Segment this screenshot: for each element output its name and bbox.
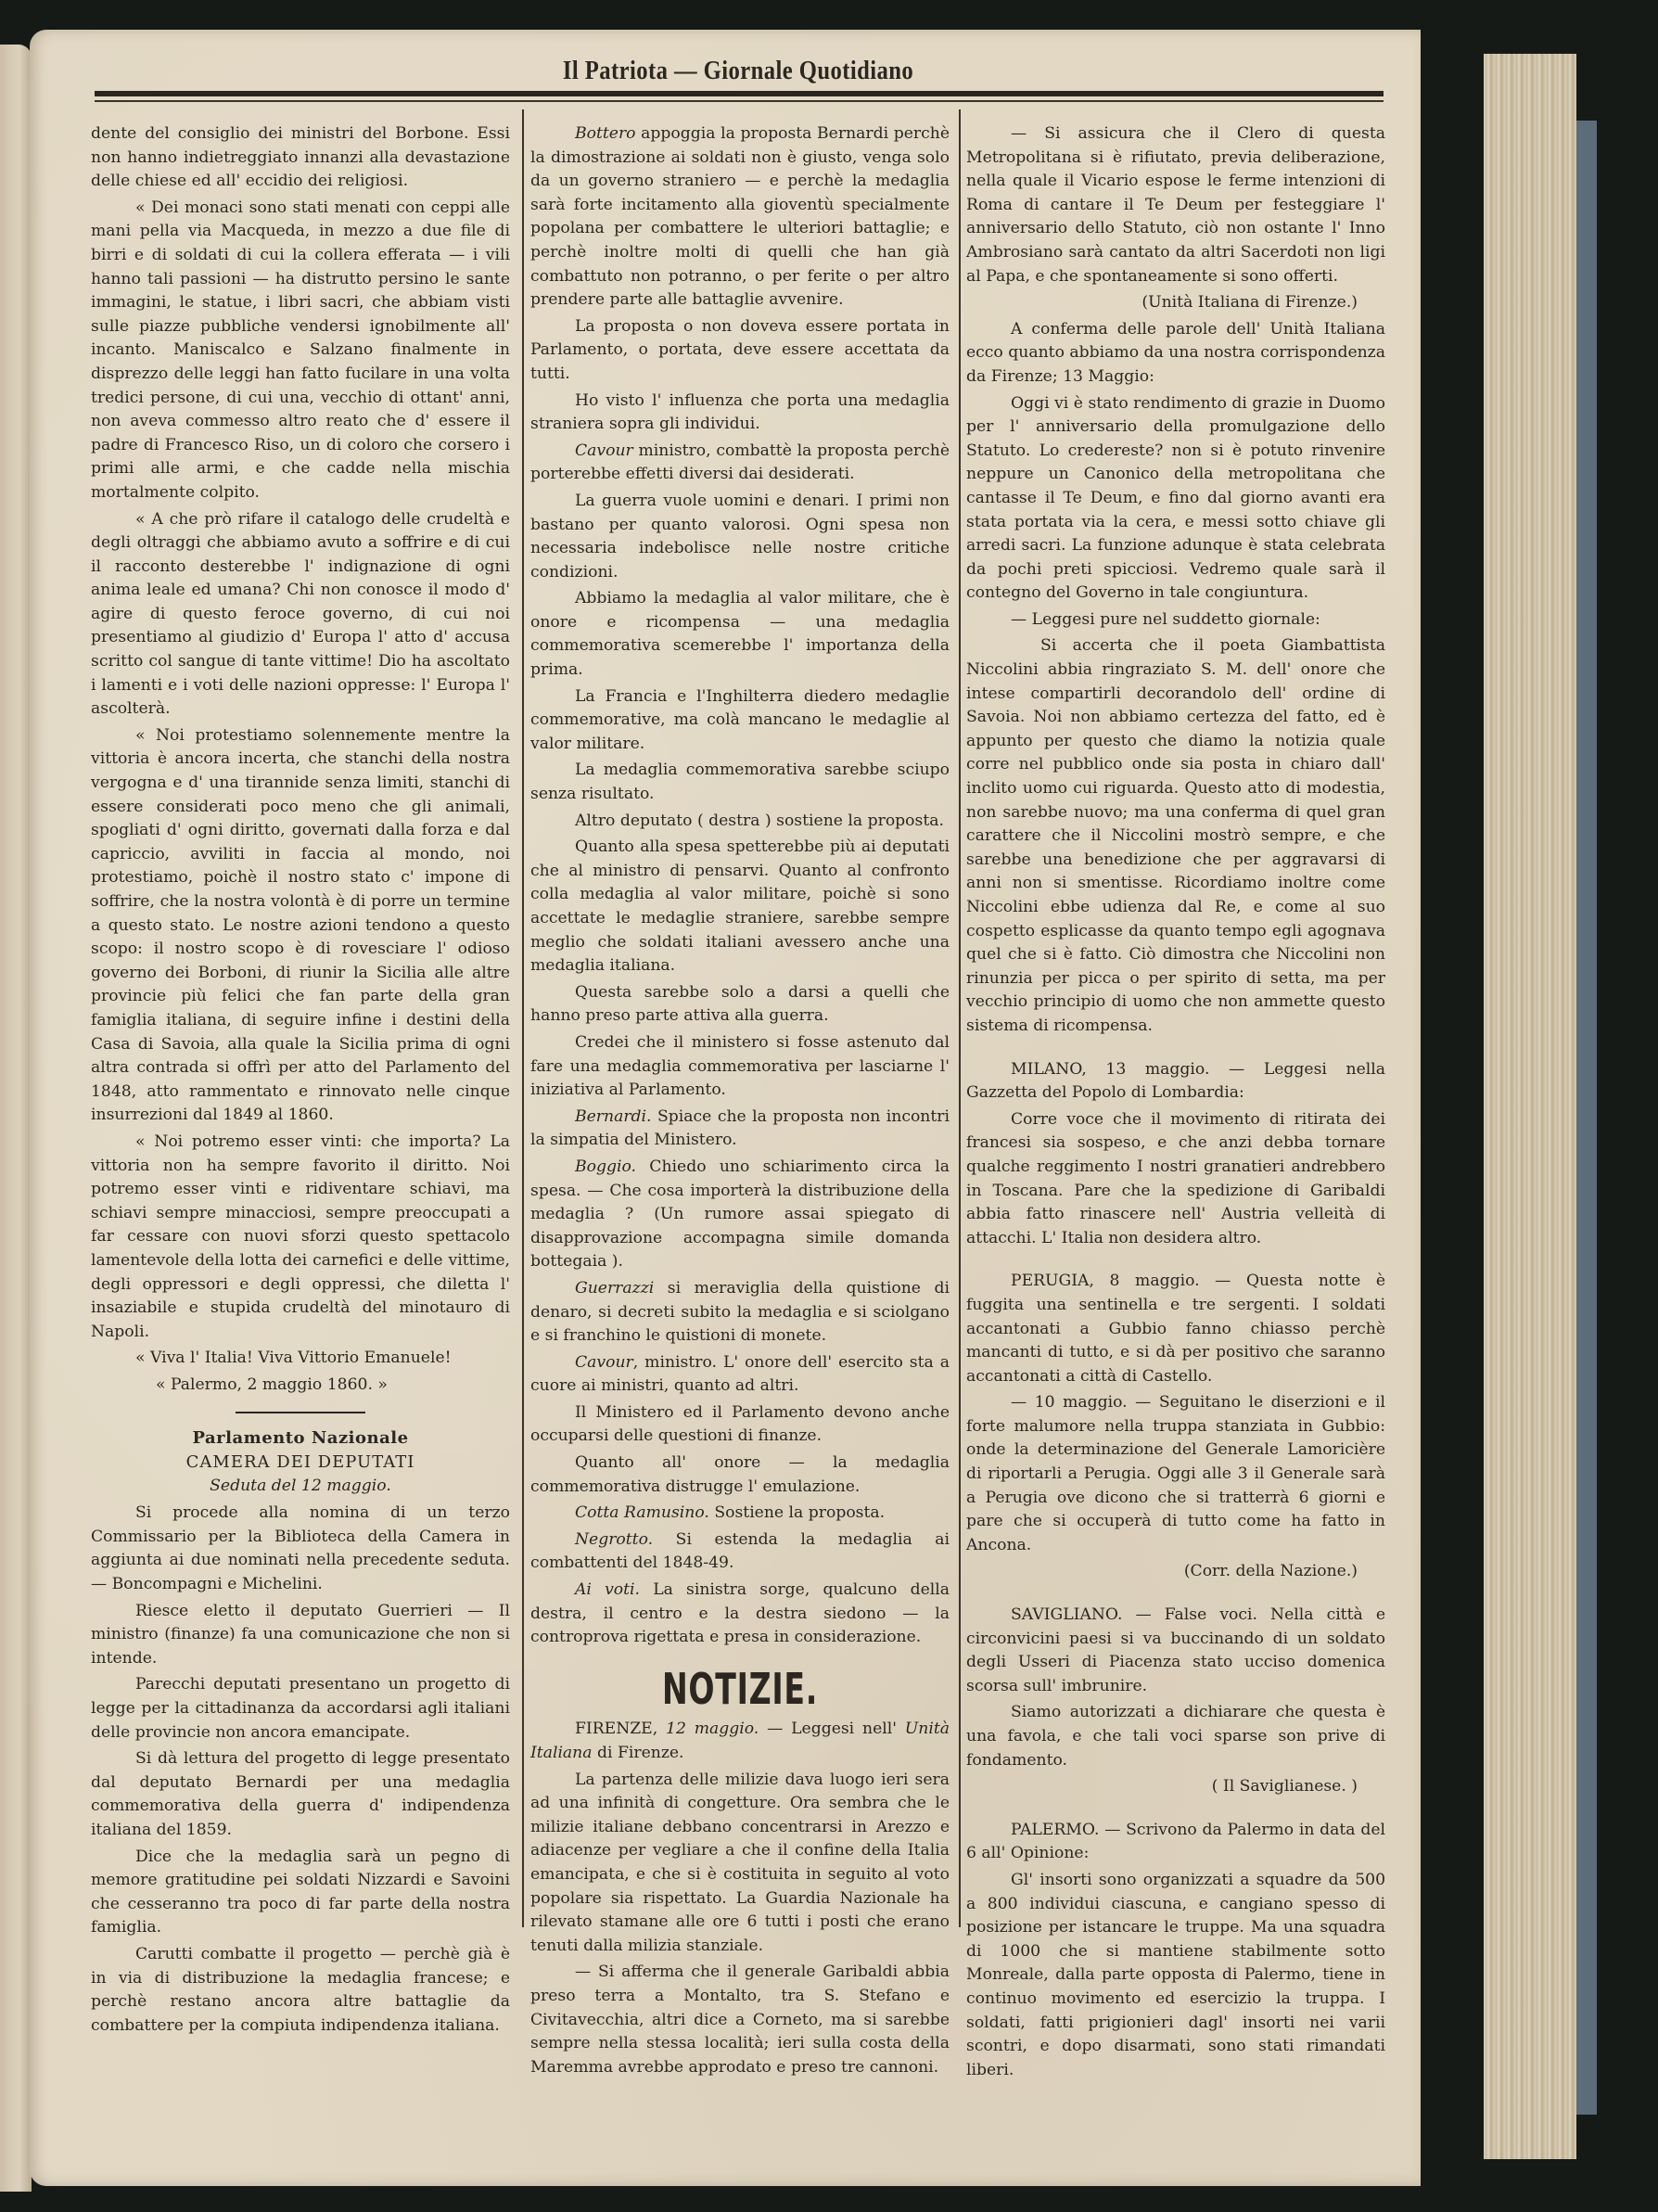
debate-paragraph: La proposta o non doveva essere portata …: [530, 315, 950, 387]
running-title: Il Patriota — Giornale Quotidiano: [189, 56, 1286, 86]
session-paragraph: Dice che la medaglia sarà un pegno di me…: [91, 1846, 510, 1940]
section-divider: [236, 1412, 365, 1413]
news-heading: NOTIZIE.: [589, 1678, 890, 1702]
speaker-name: Boggio.: [575, 1157, 636, 1176]
debate-paragraph: Credei che il ministero si fosse astenut…: [530, 1031, 950, 1103]
debate-paragraph: Boggio. Chiedo uno schiarimento circa la…: [530, 1156, 950, 1274]
news-dateline: PALERMO. — Scrivono da Palermo in data d…: [966, 1819, 1385, 1866]
news-paragraph: PERUGIA, 8 maggio. — Questa notte è fugg…: [966, 1270, 1385, 1388]
session-paragraph: Si procede alla nomina di un terzo Commi…: [91, 1502, 510, 1596]
news-paragraph: Corre voce che il movimento di ritirata …: [966, 1108, 1385, 1251]
news-paragraph: La partenza delle milizie dava luogo ier…: [530, 1769, 950, 1959]
debate-paragraph: Cotta Ramusino. Sostiene la proposta.: [530, 1502, 950, 1526]
session-paragraph: Carutti combatte il progetto — perchè gi…: [91, 1943, 510, 2038]
article-paragraph: « Dei monaci sono stati menati con ceppi…: [91, 197, 510, 505]
news-dateline: MILANO, 13 maggio. — Leggesi nella Gazze…: [966, 1058, 1385, 1106]
header-rule-thick: [95, 91, 1384, 96]
spacer: [966, 1042, 1385, 1058]
news-paragraph: — Si afferma che il generale Garibaldi a…: [530, 1961, 950, 2079]
book-page-edges: [1484, 54, 1576, 2159]
book-cover-edge: [1576, 121, 1597, 2115]
header-rule-thin: [95, 100, 1384, 102]
debate-paragraph: Quanto all' onore — la medaglia commemor…: [530, 1451, 950, 1499]
article-paragraph: « Noi potremo esser vinti: che importa? …: [91, 1131, 510, 1344]
debate-paragraph: Cavour, ministro. L' onore dell' esercit…: [530, 1351, 950, 1399]
speaker-name: Guerrazzi: [575, 1279, 654, 1298]
session-paragraph: Parecchi deputati presentano un progetto…: [91, 1673, 510, 1745]
article-paragraph: « Noi protestiamo solennemente mentre la…: [91, 724, 510, 1128]
news-source: (Corr. della Nazione.): [966, 1560, 1385, 1584]
news-paragraph: Si accerta che il poeta Giambattista Nic…: [966, 634, 1385, 1038]
spacer: [966, 1253, 1385, 1270]
debate-paragraph: Il Ministero ed il Parlamento devono anc…: [530, 1401, 950, 1449]
spacer: [966, 1802, 1385, 1819]
article-paragraph: « Viva l' Italia! Viva Vittorio Emanuele…: [91, 1347, 510, 1371]
debate-paragraph: Questa sarebbe solo a darsi a quelli che…: [530, 981, 950, 1029]
column-rule-2: [959, 109, 961, 1927]
section-title: Parlamento Nazionale: [91, 1426, 510, 1451]
debate-paragraph: La medaglia commemorativa sarebbe sciupo…: [530, 759, 950, 806]
section-subtitle: CAMERA DEI DEPUTATI: [91, 1451, 510, 1475]
news-source: ( Il Saviglianese. ): [966, 1775, 1385, 1799]
speaker-name: Negrotto.: [575, 1530, 653, 1549]
news-source: (Unità Italiana di Firenze.): [966, 291, 1385, 315]
article-paragraph: dente del consiglio dei ministri del Bor…: [91, 122, 510, 194]
section-date: Seduta del 12 maggio.: [91, 1475, 510, 1499]
news-paragraph: — 10 maggio. — Seguitano le diserzioni e…: [966, 1391, 1385, 1557]
article-signoff: « Palermo, 2 maggio 1860. »: [91, 1374, 510, 1398]
speaker-name: Cavour: [575, 441, 633, 460]
news-paragraph: — Si assicura che il Clero di questa Met…: [966, 122, 1385, 288]
debate-paragraph: Altro deputato ( destra ) sostiene la pr…: [530, 810, 950, 834]
session-paragraph: Si dà lettura del progetto di legge pres…: [91, 1747, 510, 1842]
news-paragraph: Gl' insorti sono organizzati a squadre d…: [966, 1869, 1385, 2082]
debate-paragraph: La Francia e l'Inghilterra diedero medag…: [530, 685, 950, 757]
debate-paragraph: Ho visto l' influenza che porta una meda…: [530, 390, 950, 437]
speaker-name: Ai voti.: [575, 1580, 640, 1599]
debate-paragraph: Cavour ministro, combattè la proposta pe…: [530, 440, 950, 487]
column-2: Bottero appoggia la proposta Bernardi pe…: [530, 122, 950, 2082]
speaker-name: Bernardi.: [575, 1107, 652, 1126]
column-rule-1: [522, 109, 524, 1927]
debate-paragraph: Bottero appoggia la proposta Bernardi pe…: [530, 122, 950, 313]
speaker-name: Cavour: [575, 1353, 633, 1372]
news-paragraph: Oggi vi è stato rendimento di grazie in …: [966, 392, 1385, 606]
debate-paragraph: Negrotto. Si estenda la medaglia ai comb…: [530, 1528, 950, 1576]
column-1: dente del consiglio dei ministri del Bor…: [91, 122, 510, 2040]
news-dateline: FIRENZE, 12 maggio. — Leggesi nell' Unit…: [530, 1718, 950, 1765]
parliament-section-header: Parlamento Nazionale CAMERA DEI DEPUTATI…: [91, 1426, 510, 1498]
debate-paragraph: Ai voti. La sinistra sorge, qualcuno del…: [530, 1579, 950, 1650]
debate-paragraph: La guerra vuole uomini e denari. I primi…: [530, 490, 950, 584]
speaker-name: Bottero: [575, 124, 636, 143]
debate-paragraph: Abbiamo la medaglia al valor militare, c…: [530, 587, 950, 682]
news-paragraph: SAVIGLIANO. — False voci. Nella città e …: [966, 1604, 1385, 1698]
column-3: — Si assicura che il Clero di questa Met…: [966, 122, 1385, 2085]
article-paragraph: « A che prò rifare il catalogo delle cru…: [91, 508, 510, 722]
session-paragraph: Riesce eletto il deputato Guerrieri — Il…: [91, 1600, 510, 1671]
news-paragraph: — Leggesi pure nel suddetto giornale:: [966, 608, 1385, 633]
news-paragraph: Siamo autorizzati a dichiarare che quest…: [966, 1701, 1385, 1772]
debate-paragraph: Bernardi. Spiace che la proposta non inc…: [530, 1106, 950, 1153]
news-paragraph: A conferma delle parole dell' Unità Ital…: [966, 318, 1385, 390]
spacer: [966, 1587, 1385, 1604]
debate-paragraph: Quanto alla spesa spetterebbe più ai dep…: [530, 836, 950, 978]
previous-page-edge: [0, 45, 32, 2192]
debate-paragraph: Guerrazzi si meraviglia della quistione …: [530, 1277, 950, 1349]
speaker-name: Cotta Ramusino.: [575, 1503, 709, 1522]
